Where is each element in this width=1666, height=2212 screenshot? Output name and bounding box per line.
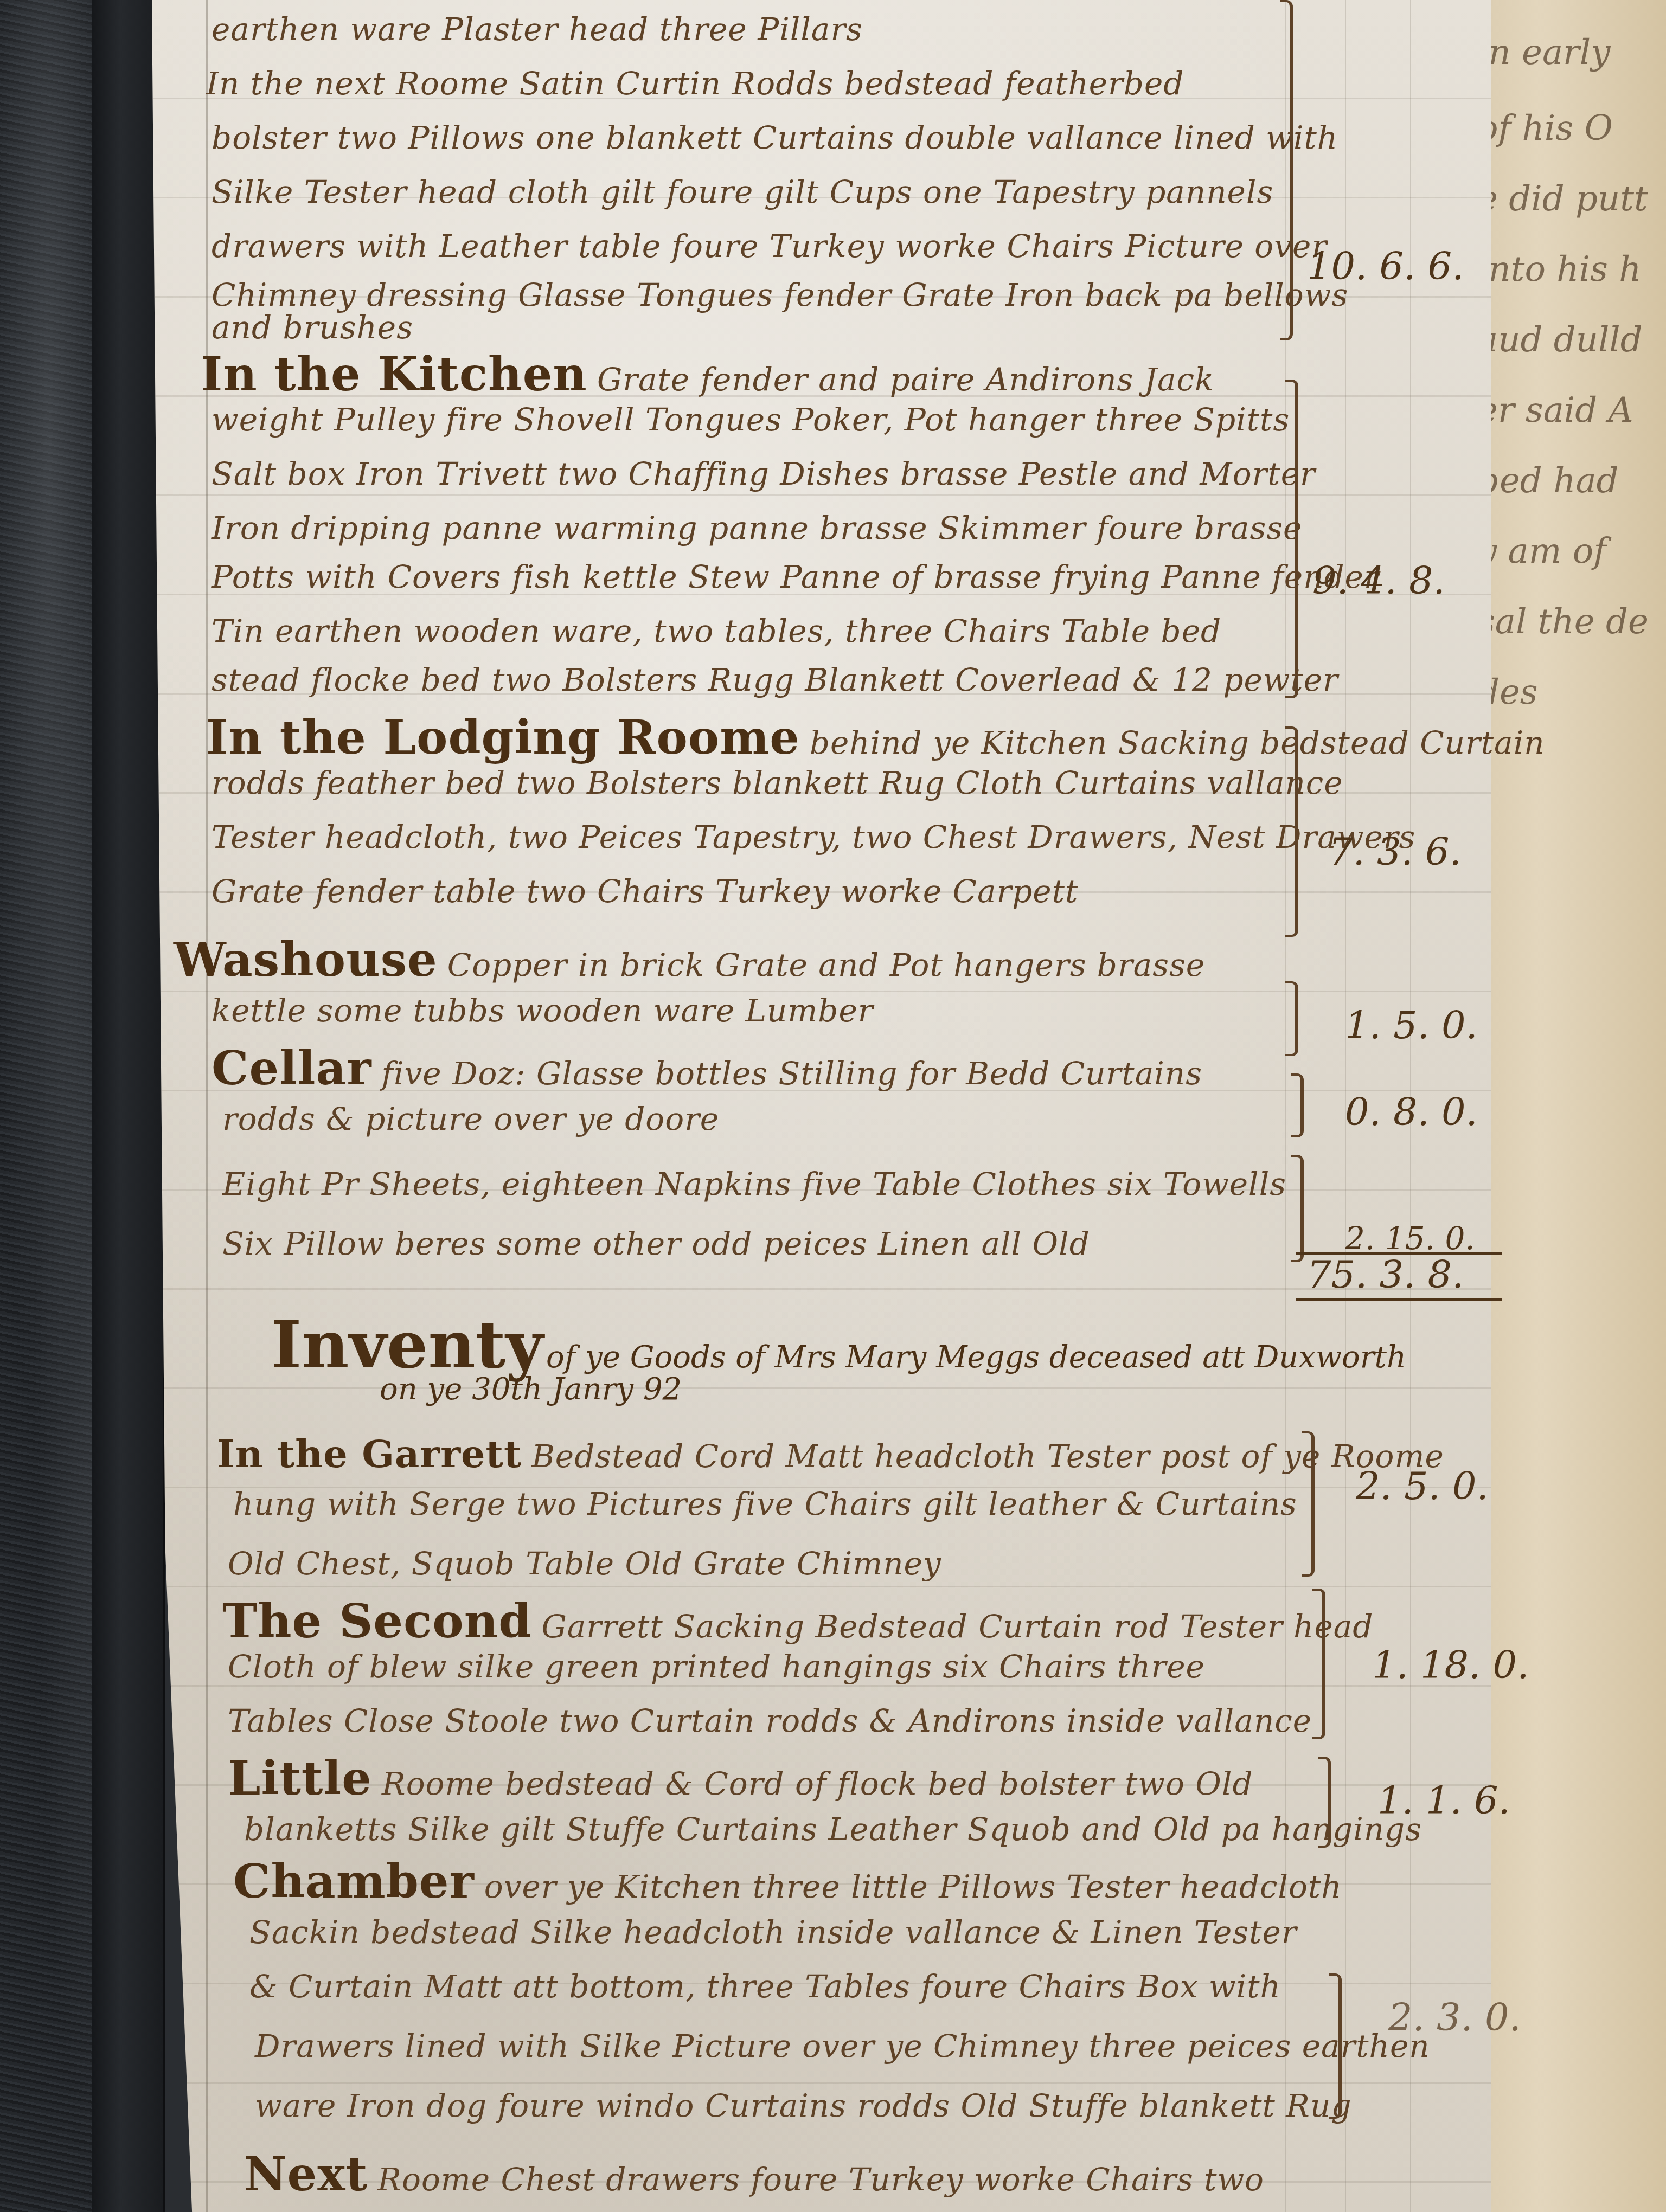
section-line: Silke Tester head cloth gilt foure gilt … <box>212 173 1273 210</box>
section-line: over ye Kitchen three little Pillows Tes… <box>484 1868 1342 1905</box>
bracket <box>1285 726 1298 937</box>
amount-value: 1. 18. 0. <box>1372 1643 1529 1687</box>
section-line: hung with Serge two Pictures five Chairs… <box>233 1486 1297 1522</box>
section-line: behind ye Kitchen Sacking bedstead Curta… <box>810 724 1545 761</box>
section-line: blanketts Silke gilt Stuffe Curtains Lea… <box>244 1811 1422 1848</box>
section-line: Copper in brick Grate and Pot hangers br… <box>447 947 1205 983</box>
bracket <box>1285 981 1298 1056</box>
section-line: kettle some tubbs wooden ware Lumber <box>212 992 873 1029</box>
left-margin-rule <box>206 0 208 2212</box>
section-line: five Doz: Glasse bottles Stilling for Be… <box>382 1055 1202 1092</box>
section-line: Grate fender table two Chairs Turkey wor… <box>212 873 1078 910</box>
amount-value: 2. 3. 0. <box>1388 1995 1521 2040</box>
section-line: drawers with Leather table foure Turkey … <box>212 228 1327 265</box>
bracket <box>1291 1155 1304 1262</box>
section-heading: The Second <box>222 1594 531 1649</box>
section-line: Tin earthen wooden ware, two tables, thr… <box>212 613 1221 650</box>
adjacent-fragment: in early <box>1477 33 1610 73</box>
amount-value: 9. 4. 8. <box>1312 558 1445 603</box>
section-heading: In the Kitchen <box>201 347 587 402</box>
bracket <box>1280 0 1293 340</box>
amount-value: 0. 8. 0. <box>1345 1090 1478 1134</box>
amount-value: 7. 3. 6. <box>1329 829 1462 874</box>
inventory-title-rest: of ye Goods of Mrs Mary Meggs deceased a… <box>546 1340 1406 1375</box>
bracket <box>1285 380 1298 698</box>
section-line: & Curtain Matt att bottom, three Tables … <box>249 1968 1281 2005</box>
section-line: rodds & picture over ye doore <box>222 1101 719 1137</box>
section-line: Sackin bedstead Silke headcloth inside v… <box>249 1914 1297 1951</box>
continuation-line: earthen ware Plaster head three Pillars <box>212 11 863 48</box>
section-heading: Washouse <box>174 933 438 987</box>
adjacent-fragment: into his h <box>1477 249 1641 290</box>
section-line: and brushes <box>212 309 413 346</box>
bracket <box>1302 1431 1315 1577</box>
adjacent-fragment: aud dulld <box>1477 320 1643 360</box>
amount-value: 2. 5. 0. <box>1356 1464 1489 1508</box>
section-line: weight Pulley fire Shovell Tongues Poker… <box>212 401 1290 438</box>
bracket <box>1291 1073 1304 1137</box>
section-line: Chimney dressing Glasse Tongues fender G… <box>212 276 1348 313</box>
adjacent-fragment: sal the de <box>1477 602 1649 642</box>
section-line: Grate fender and paire Andirons Jack <box>597 361 1214 398</box>
adjacent-fragment: er said A <box>1477 390 1633 430</box>
section-line: Potts with Covers fish kettle Stew Panne… <box>212 558 1380 595</box>
section-line: Roome Chest drawers foure Turkey worke C… <box>377 2161 1264 2198</box>
section-line: Six Pillow beres some other odd peices L… <box>222 1225 1090 1262</box>
section-line: Drawers lined with Silke Picture over ye… <box>255 2028 1430 2065</box>
bracket <box>1312 1589 1325 1739</box>
section-line: rodds feather bed two Bolsters blankett … <box>212 764 1343 801</box>
adjacent-fragment: e did putt <box>1477 179 1648 219</box>
adjacent-fragment: of his O <box>1477 108 1613 149</box>
section-line: Eight Pr Sheets, eighteen Napkins five T… <box>222 1166 1286 1203</box>
section-line: Old Chest, Squob Table Old Grate Chimney <box>228 1545 941 1582</box>
inventory-date: on ye 30th Janry 92 <box>380 1372 682 1407</box>
section-line: Iron dripping panne warming panne brasse… <box>212 510 1302 546</box>
adjacent-fragment: bed had <box>1477 461 1619 501</box>
subtotal-value: 75. 3. 8. <box>1307 1252 1464 1297</box>
section-line: Tables Close Stoole two Curtain rodds & … <box>228 1702 1312 1739</box>
section-heading: Cellar <box>212 1041 372 1096</box>
amount-value: 1. 1. 6. <box>1377 1778 1510 1823</box>
total-rule-bottom <box>1296 1298 1502 1301</box>
section-line: ware Iron dog foure windo Curtains rodds… <box>255 2087 1352 2124</box>
section-line: Cloth of blew silke green printed hangin… <box>228 1648 1205 1685</box>
adjacent-fragment: y am of <box>1477 531 1606 571</box>
amount-value: 10. 6. 6. <box>1307 244 1464 288</box>
section-line: bolster two Pillows one blankett Curtain… <box>212 119 1338 156</box>
binding-spine-edge <box>92 0 165 2212</box>
section-heading: Little <box>228 1751 372 1806</box>
section-heading: Next <box>244 2147 368 2202</box>
section-line: Garrett Sacking Bedstead Curtain rod Tes… <box>541 1608 1373 1645</box>
section-line: Salt box Iron Trivett two Chaffing Dishe… <box>212 455 1316 492</box>
section-line: Roome bedstead & Cord of flock bed bolst… <box>382 1765 1253 1802</box>
amount-value: 1. 5. 0. <box>1345 1003 1478 1047</box>
section-heading: In the Lodging Roome <box>206 710 800 765</box>
section-line: Tester headcloth, two Peices Tapestry, t… <box>212 819 1415 856</box>
bracket <box>1318 1757 1331 1848</box>
section-line: In the next Roome Satin Curtin Rodds bed… <box>206 65 1184 102</box>
section-heading: In the Garrett <box>217 1431 522 1476</box>
section-heading: Chamber <box>233 1854 475 1909</box>
bracket <box>1329 1973 1342 2119</box>
amount-value: 2. 15. 0. <box>1345 1220 1475 1257</box>
section-line: stead flocke bed two Bolsters Rugg Blank… <box>212 661 1338 698</box>
